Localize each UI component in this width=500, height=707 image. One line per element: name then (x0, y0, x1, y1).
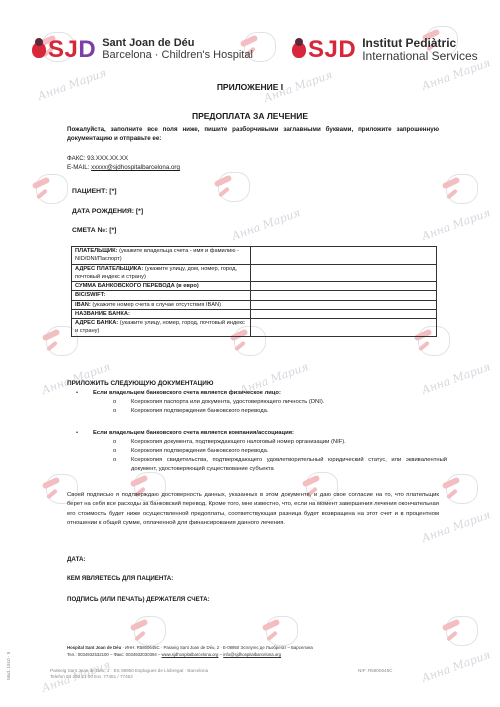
iban-input[interactable] (251, 300, 437, 309)
watermark-text: Анна Мария (420, 648, 492, 685)
list-item: o Ксерокопия подтверждения банковского п… (67, 447, 447, 456)
date-field[interactable]: ДАТА: (67, 556, 86, 563)
heart-icon (32, 42, 46, 58)
email-link[interactable]: xxxxx@sjdhospitalbarcelona.org (91, 164, 180, 171)
patient-field[interactable]: ПАЦИЕНТ: [*] (72, 188, 116, 195)
website-link[interactable]: www.sjdhospitalbarcelona.org (162, 652, 219, 657)
payer-input[interactable] (251, 247, 437, 265)
nif-footer: NIF: R5800645C (358, 668, 392, 673)
table-row: BIC/SWIFT: (72, 291, 437, 300)
documents-group-individual: • Если владельцем банковского счета явля… (67, 389, 447, 416)
list-item: o Ксерокопия документа, подтверждающего … (67, 438, 447, 447)
watermark-icon (440, 612, 486, 652)
payer-label: ПЛАТЕЛЬЩИК: (укажите владельца счета - и… (72, 247, 251, 265)
table-row: СУММА БАНКОВСКОГО ПЕРЕВОДА (в евро) (72, 282, 437, 291)
table-row: IBAN: (укажите номер счета в случае отсу… (72, 300, 437, 309)
list-item: • Если владельцем банковского счета явля… (67, 429, 447, 438)
consent-text: Своей подписью я подтверждаю достовернос… (67, 491, 439, 529)
birth-date-field[interactable]: ДАТА РОЖДЕНИЯ: [*] (72, 208, 143, 215)
watermark-text: Анна Мария (230, 206, 302, 243)
contact-block: ФАКС: 93.XXX.XX.XX E-MAIL: xxxxx@sjdhosp… (67, 154, 180, 173)
watermark-icon (440, 170, 486, 210)
payer-address-label: АДРЕС ПЛАТЕЛЬЩИКА: (укажите улицу, дом, … (72, 264, 251, 282)
circle-bullet-icon: o (113, 456, 131, 474)
bank-address-label: АДРЕС БАНКА: (укажите улицу, номер, горо… (72, 319, 251, 337)
estimate-number-field[interactable]: СМЕТА №: [*] (72, 227, 116, 234)
table-row: ПЛАТЕЛЬЩИК: (укажите владельца счета - и… (72, 247, 437, 265)
bank-name-input[interactable] (251, 309, 437, 318)
footer-email-link[interactable]: info@sjdhospitalbarcelona.org (223, 652, 281, 657)
list-item: o Ксерокопия свидетельства, подтверждающ… (67, 456, 447, 474)
logo-sjd-childrens-hospital: SJD Sant Joan de Déu Barcelona · Childre… (32, 36, 253, 64)
bank-name-label: НАЗВАНИЕ БАНКА: (72, 309, 251, 318)
circle-bullet-icon: o (113, 438, 131, 447)
account-holder-signature-field[interactable]: ПОДПИСЬ (ИЛИ ПЕЧАТЬ) ДЕРЖАТЕЛЯ СЧЕТА: (67, 596, 210, 603)
logo-line2: International Services (362, 50, 477, 63)
transfer-amount-label: СУММА БАНКОВСКОГО ПЕРЕВОДА (в евро) (72, 282, 251, 291)
document-page: Анна Мария Анна Мария Анна Мария Анна Ма… (0, 0, 500, 707)
sjd-logo-mark: SJD (32, 36, 96, 64)
fax-line: ФАКС: 93.XXX.XX.XX (67, 154, 180, 163)
table-row: АДРЕС ПЛАТЕЛЬЩИКА: (укажите улицу, дом, … (72, 264, 437, 282)
circle-bullet-icon: o (113, 447, 131, 456)
list-item: • Если владельцем банковского счета явля… (67, 389, 447, 398)
transfer-amount-input[interactable] (251, 282, 437, 291)
bic-swift-label: BIC/SWIFT: (72, 291, 251, 300)
documents-group-company: • Если владельцем банковского счета явля… (67, 429, 447, 474)
sjd-logo-mark: SJD (292, 36, 356, 64)
watermark-text: Анна Мария (420, 206, 492, 243)
email-line: E-MAIL: xxxxx@sjdhospitalbarcelona.org (67, 163, 180, 172)
address-footer: Passeig Sant Joan de Déu, 2 · ES 08950 E… (50, 668, 208, 681)
heart-icon (292, 42, 306, 58)
iban-label: IBAN: (укажите номер счета в случае отсу… (72, 300, 251, 309)
list-item: o Ксерокопия подтверждения банковского п… (67, 407, 447, 416)
bic-swift-input[interactable] (251, 291, 437, 300)
fax-value: 93.XXX.XX.XX (87, 155, 128, 162)
logo-line2: Barcelona · Children's Hospital (102, 50, 253, 62)
intro-text: Пожалуйста, заполните все поля ниже, пиш… (67, 125, 439, 144)
payer-address-input[interactable] (251, 264, 437, 282)
watermark-icon (30, 170, 76, 210)
table-row: АДРЕС БАНКА: (укажите улицу, номер, горо… (72, 319, 437, 337)
payment-details-table: ПЛАТЕЛЬЩИК: (укажите владельца счета - и… (71, 246, 437, 337)
appendix-label: ПРИЛОЖЕНИЕ I (0, 82, 500, 92)
hospital-footer: Hospital Sant Joan de Déu · ИНН: R580064… (67, 645, 313, 658)
watermark-icon (440, 470, 486, 510)
bank-address-input[interactable] (251, 319, 437, 337)
relation-to-patient-field[interactable]: КЕМ ЯВЛЯЕТЕСЬ ДЛЯ ПАЦИЕНТА: (67, 575, 173, 582)
form-code: Mod. 1910 · 5 (6, 652, 11, 680)
circle-bullet-icon: o (113, 398, 131, 407)
page-title: ПРЕДОПЛАТА ЗА ЛЕЧЕНИЕ (0, 111, 500, 121)
bullet-icon: • (67, 429, 93, 438)
documents-heading: ПРИЛОЖИТЬ СЛЕДУЮЩУЮ ДОКУМЕНТАЦИЮ (67, 380, 213, 387)
bullet-icon: • (67, 389, 93, 398)
list-item: o Ксерокопия паспорта или документа, удо… (67, 398, 447, 407)
table-row: НАЗВАНИЕ БАНКА: (72, 309, 437, 318)
watermark-icon (212, 168, 258, 208)
circle-bullet-icon: o (113, 407, 131, 416)
logo-sjd-international-services: SJD Institut Pediàtric International Ser… (292, 36, 478, 64)
